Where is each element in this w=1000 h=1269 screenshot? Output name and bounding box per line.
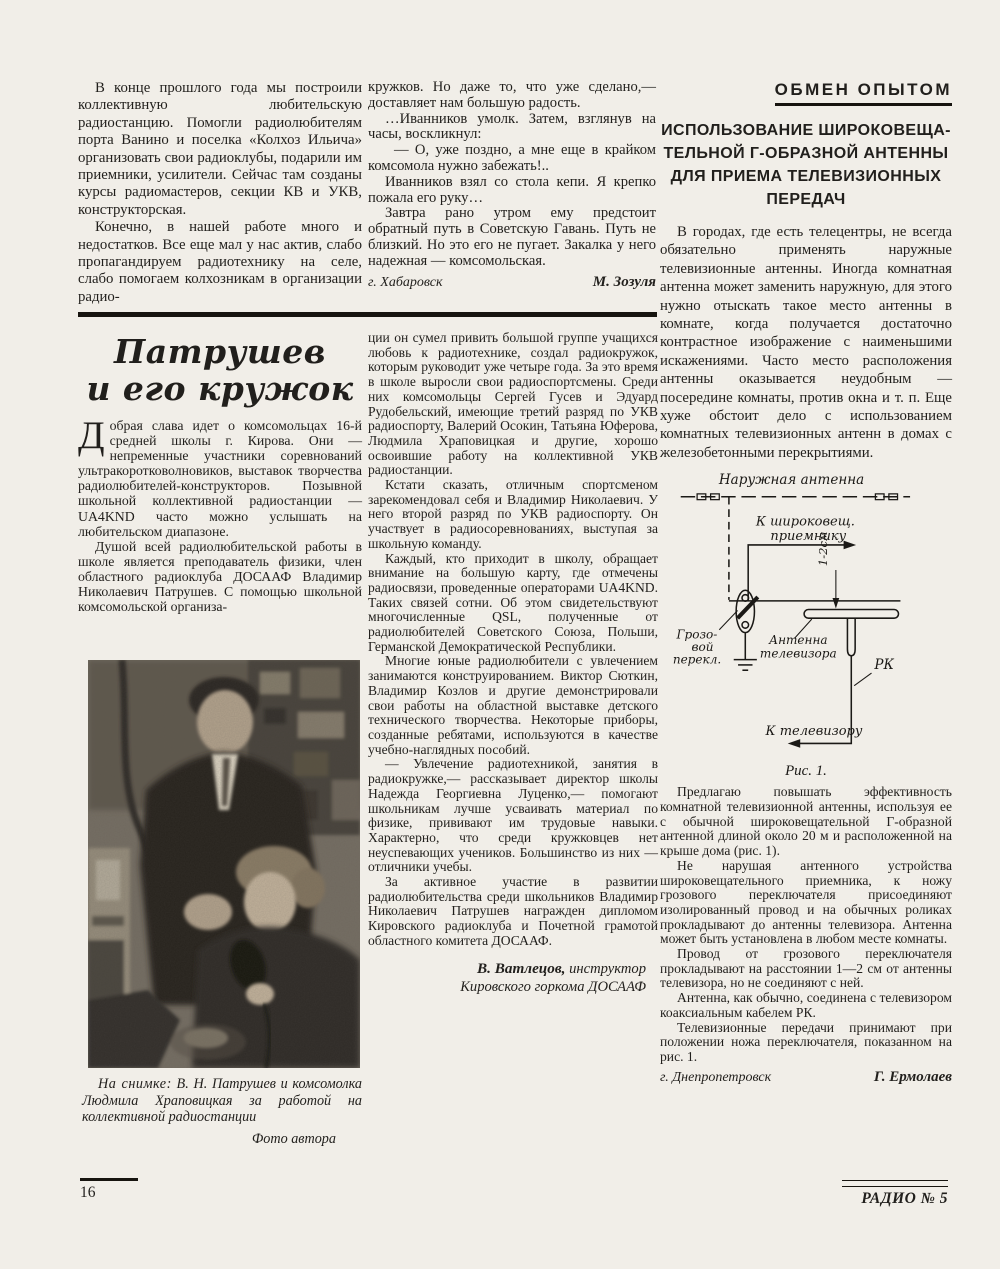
photo-caption: На снимке: В. Н. Патрушев и комсомолка Л…	[82, 1076, 362, 1147]
story-author: М. Зозуля	[593, 274, 656, 291]
paragraph: Кстати сказать, отличным спортсменом зар…	[368, 478, 658, 552]
paragraph: …Иванников умолк. Затем, взглянув на час…	[368, 112, 656, 144]
paragraph: — Увлечение радиотехникой, занятия в рад…	[368, 757, 658, 875]
paragraph: Завтра рано утром ему предстоит обратный…	[368, 206, 656, 269]
paragraph: В конце прошлого года мы построили колле…	[78, 80, 362, 219]
leader-line-arrester	[719, 611, 737, 630]
left-column-article: Патрушев и его кружок Добрая слава идет …	[78, 333, 362, 614]
right-author: Г. Ермолаев	[874, 1069, 952, 1086]
right-column: ОБМЕН ОПЫТОМ ИСПОЛЬЗОВАНИЕ ШИРОКОВЕЩА- Т…	[660, 80, 952, 1086]
drop-cap: Д	[78, 418, 110, 450]
paragraph: Не нарушая антенного устройства широкове…	[660, 859, 952, 947]
right-article-title: ИСПОЛЬЗОВАНИЕ ШИРОКОВЕЩА- ТЕЛЬНОЙ Г-ОБРА…	[660, 119, 952, 211]
paragraph: — О, уже поздно, а мне еще в крайком ком…	[368, 143, 656, 175]
photo-grain-overlay	[88, 660, 360, 1068]
receiver-branch-wire	[748, 545, 847, 601]
right-article-title-line: ПЕРЕДАЧ	[660, 188, 952, 211]
label-tv-antenna-2: телевизора	[760, 647, 837, 661]
footer-left-rule	[80, 1178, 138, 1181]
paragraph: В городах, где есть телецентры, не всегд…	[660, 223, 952, 462]
paragraph-dropcap: Добрая слава идет о комсомольцах 16-й ср…	[78, 418, 362, 539]
right-article-title-line: ИСПОЛЬЗОВАНИЕ ШИРОКОВЕЩА-	[660, 119, 952, 142]
paragraph: За активное участие в развитии радиолюби…	[368, 875, 658, 949]
footer-right-rule	[842, 1180, 948, 1187]
leader-line-coax	[854, 673, 871, 686]
left-column-intro: В конце прошлого года мы построили колле…	[78, 80, 362, 306]
label-to-tv: К телевизору	[765, 724, 863, 739]
section-header-label: ОБМЕН ОПЫТОМ	[775, 80, 952, 106]
article-author-role: инструктор	[565, 961, 646, 977]
photo-credit: Фото автора	[82, 1131, 362, 1148]
figure-caption: Рис. 1.	[784, 764, 827, 780]
paragraph: Многие юные радиолюбители с увлечением з…	[368, 654, 658, 757]
article-title: Патрушев и его кружок	[78, 333, 362, 407]
paragraph-text: обрая слава идет о комсомольцах 16-й сре…	[78, 418, 362, 539]
magazine-title: РАДИО № 5	[861, 1190, 948, 1207]
photo-illustration	[88, 660, 360, 1068]
footer-page-number-block: 16	[80, 1178, 138, 1202]
ground-icon	[734, 660, 757, 671]
page-number: 16	[80, 1184, 96, 1201]
story-place: г. Хабаровск	[368, 275, 443, 291]
magazine-page: В конце прошлого года мы построили колле…	[0, 0, 1000, 1269]
label-gap-1-2cm: 1-2см	[816, 532, 830, 567]
paragraph: Иванников взял со стола кепи. Я крепко п…	[368, 175, 656, 207]
arrowhead-left	[788, 739, 801, 748]
label-to-receiver-1: К широковещ.	[755, 515, 855, 530]
section-divider-rule	[78, 312, 657, 317]
article-author: В. Ватлецов,	[477, 960, 565, 977]
paragraph: Телевизионные передачи принимают при пол…	[660, 1021, 952, 1065]
caption-text: На снимке: В. Н. Патрушев и комсомолка Л…	[82, 1076, 362, 1126]
label-tv-antenna-1: Антенна	[768, 633, 828, 647]
right-signature: г. Днепропетровск Г. Ермолаев	[660, 1069, 952, 1086]
paragraph: Провод от грозового переключателя прокла…	[660, 947, 952, 991]
label-to-receiver-2: приемнику	[770, 529, 846, 544]
caption-lead: На снимке:	[98, 1076, 172, 1092]
paragraph: кружков. Но даже то, что уже сделано,— д…	[368, 80, 656, 112]
paragraph: Антенна, как обычно, соединена с телевиз…	[660, 991, 952, 1020]
right-place: г. Днепропетровск	[660, 1070, 771, 1086]
figure-antenna-diagram: Наружная антенна К широковещ. приемнику …	[658, 464, 954, 782]
right-article-title-line: ТЕЛЬНОЙ Г-ОБРАЗНОЙ АНТЕННЫ	[660, 142, 952, 165]
label-outdoor-antenna: Наружная антенна	[718, 473, 864, 489]
paragraph: Предлагаю повышать эффективность комнатн…	[660, 785, 952, 859]
footer-magazine-block: РАДИО № 5	[842, 1180, 948, 1208]
article-author-org: Кировского горкома ДОСААФ	[368, 978, 646, 996]
paragraph: Душой всей радиолюбительской работы в шк…	[78, 539, 362, 614]
right-article-title-line: ДЛЯ ПРИЕМА ТЕЛЕВИЗИОННЫХ	[660, 165, 952, 188]
article-signature: В. Ватлецов, инструктор Кировского горко…	[368, 960, 658, 996]
arrowhead-down	[833, 598, 840, 609]
story-signature: г. Хабаровск М. Зозуля	[368, 274, 656, 291]
label-arrester-3: перекл.	[673, 653, 721, 667]
paragraph: Каждый, кто приходит в школу, обращает в…	[368, 552, 658, 655]
middle-column-article: ции он сумел привить большой группе учащ…	[368, 331, 658, 996]
article-title-line: Патрушев	[78, 333, 362, 370]
paragraph: Конечно, в нашей работе много и недостат…	[78, 219, 362, 306]
paragraph: ции он сумел привить большой группе учащ…	[368, 331, 658, 478]
section-header: ОБМЕН ОПЫТОМ	[660, 80, 952, 106]
middle-column-story: кружков. Но даже то, что уже сделано,— д…	[368, 80, 656, 291]
photo-radio-station	[88, 660, 360, 1068]
label-coax-pk: РК	[873, 658, 894, 674]
article-title-line: и его кружок	[78, 370, 362, 407]
